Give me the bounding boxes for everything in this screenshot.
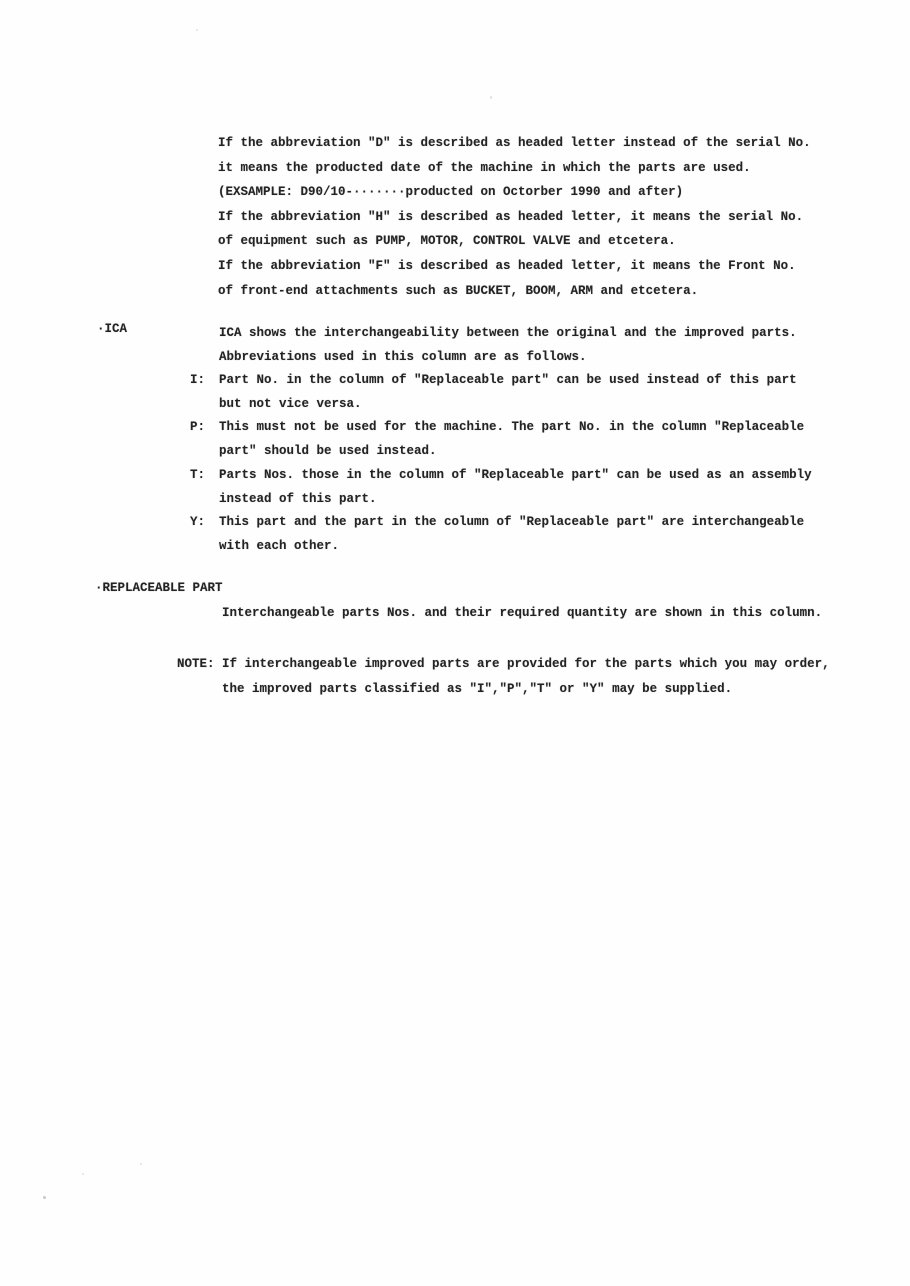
item-letter: P: xyxy=(190,416,219,440)
ica-section-label: ·ICA xyxy=(97,322,127,336)
list-item-continuation: instead of this part. xyxy=(190,488,812,512)
item-letter-spacer xyxy=(190,535,219,559)
list-item-continuation: part" should be used instead. xyxy=(190,440,812,464)
replaceable-part-description: Interchangeable parts Nos. and their req… xyxy=(222,606,822,620)
item-text: instead of this part. xyxy=(219,492,377,506)
list-item-continuation: with each other. xyxy=(190,535,812,559)
replaceable-part-section-label: ·REPLACEABLE PART xyxy=(95,581,223,595)
ica-description-line: ICA shows the interchangeability between… xyxy=(219,322,797,346)
ica-abbreviation-list: I:Part No. in the column of "Replaceable… xyxy=(190,369,812,559)
list-item: T:Parts Nos. those in the column of "Rep… xyxy=(190,464,812,488)
item-text: with each other. xyxy=(219,539,339,553)
item-text: This part and the part in the column of … xyxy=(219,515,804,529)
abbreviation-intro-paragraph: If the abbreviation "D" is described as … xyxy=(218,131,811,303)
item-letter: T: xyxy=(190,464,219,488)
note-line-continuation: the improved parts classified as "I","P"… xyxy=(177,677,830,702)
ica-description-line: Abbreviations used in this column are as… xyxy=(219,346,797,370)
scan-speck xyxy=(140,1163,142,1165)
note-text: the improved parts classified as "I","P"… xyxy=(222,682,732,696)
item-letter: Y: xyxy=(190,511,219,535)
scan-speck xyxy=(43,1196,46,1199)
note-block: NOTE:If interchangeable improved parts a… xyxy=(177,652,830,701)
scan-speck xyxy=(82,1173,84,1175)
note-label: NOTE: xyxy=(177,652,222,677)
intro-line: of equipment such as PUMP, MOTOR, CONTRO… xyxy=(218,229,811,254)
item-letter-spacer xyxy=(190,488,219,512)
list-item: Y:This part and the part in the column o… xyxy=(190,511,812,535)
note-label-spacer xyxy=(177,677,222,702)
intro-line: If the abbreviation "H" is described as … xyxy=(218,205,811,230)
item-letter: I: xyxy=(190,369,219,393)
item-text: but not vice versa. xyxy=(219,397,362,411)
intro-line: it means the producted date of the machi… xyxy=(218,156,811,181)
scan-speck xyxy=(490,96,492,99)
item-letter-spacer xyxy=(190,440,219,464)
list-item: P:This must not be used for the machine.… xyxy=(190,416,812,440)
intro-line: If the abbreviation "D" is described as … xyxy=(218,131,811,156)
list-item-continuation: but not vice versa. xyxy=(190,393,812,417)
ica-description: ICA shows the interchangeability between… xyxy=(219,322,797,369)
item-text: This must not be used for the machine. T… xyxy=(219,420,804,434)
note-text: If interchangeable improved parts are pr… xyxy=(222,657,830,671)
scan-speck xyxy=(196,29,198,31)
intro-line: If the abbreviation "F" is described as … xyxy=(218,254,811,279)
scanned-document-page: If the abbreviation "D" is described as … xyxy=(0,0,910,1286)
intro-line: of front-end attachments such as BUCKET,… xyxy=(218,279,811,304)
item-text: part" should be used instead. xyxy=(219,444,437,458)
item-text: Part No. in the column of "Replaceable p… xyxy=(219,373,797,387)
item-letter-spacer xyxy=(190,393,219,417)
item-text: Parts Nos. those in the column of "Repla… xyxy=(219,468,812,482)
note-line: NOTE:If interchangeable improved parts a… xyxy=(177,652,830,677)
list-item: I:Part No. in the column of "Replaceable… xyxy=(190,369,812,393)
intro-line: (EXSAMPLE: D90/10-·······producted on Oc… xyxy=(218,180,811,205)
